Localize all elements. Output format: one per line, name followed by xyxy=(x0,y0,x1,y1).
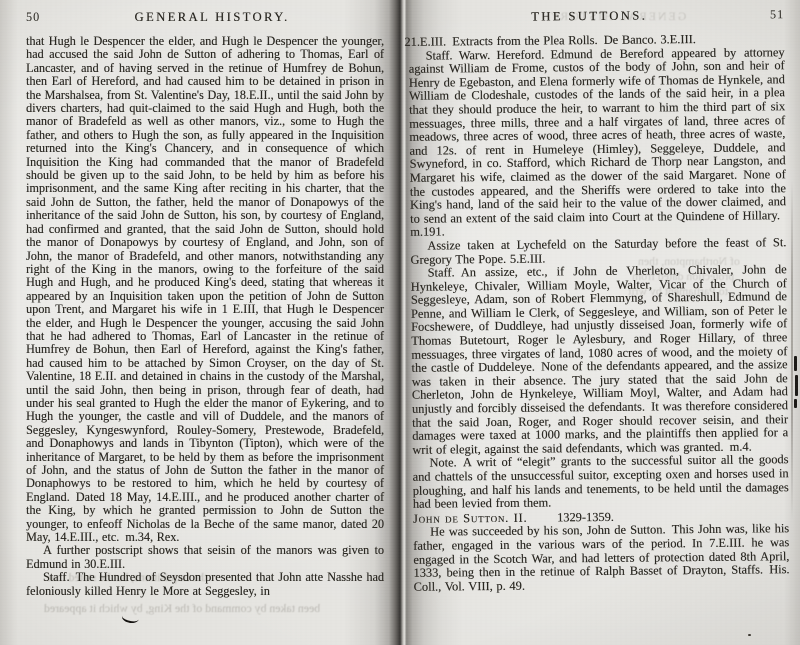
heading-dates: 1329-1359. xyxy=(557,510,614,525)
paragraph: Staff. Warw. Hereford. Edmund de Berefor… xyxy=(408,46,786,240)
running-title-left: GENERAL HISTORY. xyxy=(66,10,358,25)
paragraph: Staff. An assize, etc., if John de Vherl… xyxy=(411,263,789,457)
paragraph: Note. A writ of “elegit” grants to the s… xyxy=(412,454,789,512)
running-title-right: THE SUTTONS. xyxy=(434,8,744,26)
paragraph: A further postscript shows that seisin o… xyxy=(26,544,384,571)
page-edge-streak xyxy=(791,180,793,520)
running-header-right: THE SUTTONS. 51 xyxy=(408,7,784,29)
page-edge-mark xyxy=(794,356,797,371)
right-page: THE SUTTONS. 51 21.E.III. Extracts from … xyxy=(394,0,800,645)
dust-speck xyxy=(748,634,751,636)
left-page: 50 GENERAL HISTORY. that Hugh le Despenc… xyxy=(0,0,392,645)
page-number-right: 51 xyxy=(744,7,784,22)
running-header-left: 50 GENERAL HISTORY. xyxy=(26,10,384,28)
paragraph: that Hugh le Despencer the elder, and Hu… xyxy=(26,35,384,544)
book-scan: 50 GENERAL HISTORY. that Hugh le Despenc… xyxy=(0,0,800,645)
right-page-text: 21.E.III. Extracts from the Plea Rolls. … xyxy=(408,32,789,594)
page-number-left: 50 xyxy=(26,10,66,25)
page-edge-mark xyxy=(794,399,797,408)
left-page-text: that Hugh le Despencer the elder, and Hu… xyxy=(26,35,384,598)
page-edge-mark xyxy=(795,375,798,396)
paragraph: Staff. The Hundred of Seysdon presented … xyxy=(26,571,384,598)
paragraph: He was succeeded by his son, John de Sut… xyxy=(413,523,790,595)
